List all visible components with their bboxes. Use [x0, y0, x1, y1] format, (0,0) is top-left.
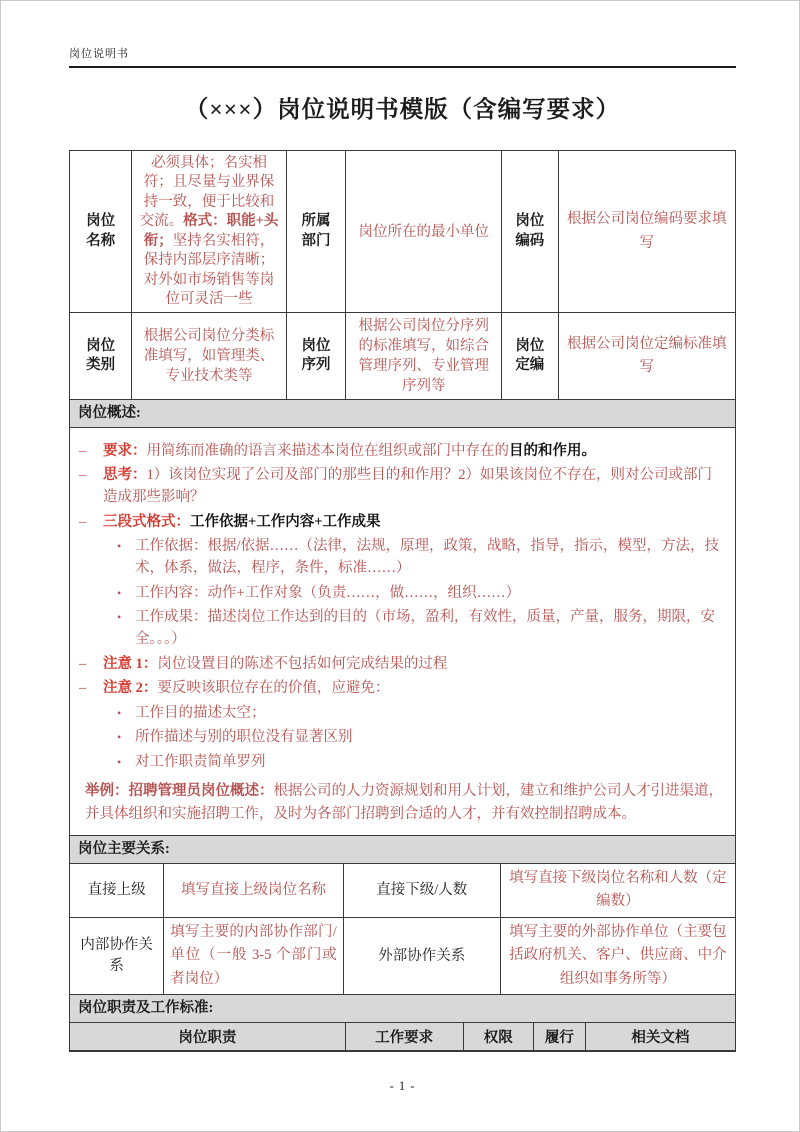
section-header-relations: 岗位主要关系:: [70, 836, 735, 864]
table-row: 岗位职责 工作要求 权限 履行 相关文档: [70, 1023, 735, 1051]
list-item-text: 所作描述与别的职位没有显著区别: [135, 726, 725, 748]
list-item-text: 对工作职责简单罗列: [135, 751, 725, 773]
list-marker: •: [117, 751, 135, 773]
header-rule: [69, 66, 736, 68]
page-title: （×××）岗位说明书模版（含编写要求）: [69, 90, 736, 124]
overview-list-item: – 要求：用简练而准确的语言来描述本岗位在组织或部门中存在的目的和作用。: [77, 440, 725, 462]
position-info-table: 岗位 名称 必须具体；名实相符；且尽量与业界保持一致，便于比较和交流。格式：职能…: [70, 151, 735, 400]
column-header-performance: 履行: [534, 1023, 586, 1051]
list-marker: –: [77, 653, 103, 675]
table-row: 岗位 名称 必须具体；名实相符；且尽量与业界保持一致，便于比较和交流。格式：职能…: [70, 151, 735, 313]
field-label-position-sequence: 岗位 序列: [286, 313, 346, 400]
overview-list-item: – 注意 1：岗位设置目的陈述不包括如何完成结果的过程: [77, 653, 725, 675]
text-segment: 用简练而准确的语言来描述本岗位在组织或部门中存在的: [147, 443, 510, 459]
overview-list: – 要求：用简练而准确的语言来描述本岗位在组织或部门中存在的目的和作用。 – 思…: [77, 440, 725, 773]
overview-list-item: • 工作依据：根据/依据……（法律，法规，原理，政策，战略，指导，指示，模型，方…: [117, 535, 725, 579]
list-marker: •: [117, 535, 135, 579]
field-label-position-category: 岗位 类别: [70, 313, 132, 400]
section-header-duties-label: 岗位职责及工作标准:: [78, 1000, 213, 1016]
document-page: 岗位说明书 （×××）岗位说明书模版（含编写要求） 岗位 名称 必须具体；名实相…: [0, 0, 800, 1132]
column-header-duties: 岗位职责: [70, 1023, 345, 1051]
list-marker: –: [77, 440, 103, 462]
field-label-direct-subordinates: 直接下级/人数: [343, 864, 500, 917]
running-header-label: 岗位说明书: [69, 48, 129, 60]
text-segment: 岗位设置目的陈述不包括如何完成结果的过程: [157, 656, 447, 672]
list-item-text: 工作依据：根据/依据……（法律，法规，原理，政策，战略，指导，指示，模型，方法，…: [135, 535, 725, 579]
overview-content: – 要求：用简练而准确的语言来描述本岗位在组织或部门中存在的目的和作用。 – 思…: [70, 428, 735, 836]
text-segment: 工作成果：描述岗位工作达到的目的（市场，盈利，有效性，质量，产量，服务，期限，安…: [135, 609, 715, 647]
overview-list-item: • 工作成果：描述岗位工作达到的目的（市场，盈利，有效性，质量，产量，服务，期限…: [117, 606, 725, 650]
field-label-position-code: 岗位 编码: [502, 151, 559, 313]
page-number: - 1 -: [69, 1079, 736, 1094]
text-segment: 举例：招聘管理员岗位概述：: [85, 783, 274, 799]
section-header-relations-label: 岗位主要关系:: [78, 841, 170, 857]
section-header-duties: 岗位职责及工作标准:: [70, 995, 735, 1023]
text-segment: 要求：: [103, 443, 147, 459]
overview-list-item: – 三段式格式：工作依据+工作内容+工作成果: [77, 511, 725, 533]
column-header-work-requirements: 工作要求: [345, 1023, 463, 1051]
field-label-direct-superior: 直接上级: [70, 864, 164, 917]
example-paragraph: 举例：招聘管理员岗位概述：根据公司的人力资源规划和用人计划，建立和维护公司人才引…: [85, 780, 723, 827]
field-note-internal-collaboration: 填写主要的内部协作部门/单位（一般 3-5 个部门或者岗位）: [164, 917, 344, 994]
list-marker: •: [117, 582, 135, 604]
section-header-overview: 岗位概述:: [70, 400, 735, 428]
field-note-external-collaboration: 填写主要的外部协作单位（主要包括政府机关、客户、供应商、中介组织如事务所等）: [500, 917, 735, 994]
duties-header-table: 岗位职责 工作要求 权限 履行 相关文档: [70, 1023, 735, 1051]
list-item-text: 注意 2：要反映该职位存在的价值，应避免：: [103, 677, 725, 699]
list-item-text: 工作成果：描述岗位工作达到的目的（市场，盈利，有效性，质量，产量，服务，期限，安…: [135, 606, 725, 650]
list-marker: –: [77, 464, 103, 508]
relations-table: 直接上级 填写直接上级岗位名称 直接下级/人数 填写直接下级岗位名称和人数（定编…: [70, 864, 735, 995]
overview-list-item: • 对工作职责简单罗列: [117, 751, 725, 773]
list-item-text: 工作目的描述太空；: [135, 702, 725, 724]
list-marker: –: [77, 677, 103, 699]
field-note-position-code: 根据公司岗位编码要求填写: [558, 151, 735, 313]
list-item-text: 要求：用简练而准确的语言来描述本岗位在组织或部门中存在的目的和作用。: [103, 440, 725, 462]
overview-list-item: – 思考：1）该岗位实现了公司及部门的那些目的和作用？2）如果该岗位不存在，则对…: [77, 464, 725, 508]
field-label-external-collaboration: 外部协作关系: [343, 917, 500, 994]
field-label-position-headcount: 岗位 定编: [502, 313, 559, 400]
column-header-authority: 权限: [463, 1023, 533, 1051]
column-header-related-documents: 相关文档: [585, 1023, 735, 1051]
list-marker: •: [117, 606, 135, 650]
text-segment: 目的和作用。: [509, 443, 596, 459]
text-segment: 注意 1：: [103, 656, 157, 672]
list-item-text: 思考：1）该岗位实现了公司及部门的那些目的和作用？2）如果该岗位不存在，则对公司…: [103, 464, 725, 508]
field-label-position-name: 岗位 名称: [70, 151, 132, 313]
list-item-text: 工作内容：动作+工作对象（负责……，做……，组织……）: [135, 582, 725, 604]
overview-list-item: • 工作内容：动作+工作对象（负责……，做……，组织……）: [117, 582, 725, 604]
field-note-direct-superior: 填写直接上级岗位名称: [164, 864, 344, 917]
overview-list-item: • 工作目的描述太空；: [117, 702, 725, 724]
text-segment: 对工作职责简单罗列: [135, 754, 266, 770]
field-note-position-headcount: 根据公司岗位定编标准填写: [558, 313, 735, 400]
field-label-internal-collaboration: 内部协作关 系: [70, 917, 164, 994]
list-item-text: 注意 1：岗位设置目的陈述不包括如何完成结果的过程: [103, 653, 725, 675]
table-row: 内部协作关 系 填写主要的内部协作部门/单位（一般 3-5 个部门或者岗位） 外…: [70, 917, 735, 994]
field-note-position-name: 必须具体；名实相符；且尽量与业界保持一致，便于比较和交流。格式：职能+头衔；坚持…: [132, 151, 286, 313]
text-segment: 注意 2：: [103, 680, 157, 696]
table-row: 直接上级 填写直接上级岗位名称 直接下级/人数 填写直接下级岗位名称和人数（定编…: [70, 864, 735, 917]
text-segment: 工作依据：根据/依据……（法律，法规，原理，政策，战略，指导，指示，模型，方法，…: [135, 538, 719, 576]
list-marker: •: [117, 726, 135, 748]
field-note-position-sequence: 根据公司岗位分序列的标准填写，如综合管理序列、专业管理序列等: [346, 313, 502, 400]
list-item-text: 三段式格式：工作依据+工作内容+工作成果: [103, 511, 725, 533]
text-segment: 要反映该职位存在的价值，应避免：: [157, 680, 389, 696]
job-description-table: 岗位 名称 必须具体；名实相符；且尽量与业界保持一致，便于比较和交流。格式：职能…: [69, 150, 736, 1052]
document-content: 岗位说明书 （×××）岗位说明书模版（含编写要求） 岗位 名称 必须具体；名实相…: [69, 45, 736, 1094]
overview-list-item: • 所作描述与别的职位没有显著区别: [117, 726, 725, 748]
field-note-department: 岗位所在的最小单位: [346, 151, 502, 313]
text-segment: 所作描述与别的职位没有显著区别: [135, 729, 353, 745]
running-header: 岗位说明书: [69, 45, 736, 61]
overview-list-item: – 注意 2：要反映该职位存在的价值，应避免：: [77, 677, 725, 699]
section-header-overview-label: 岗位概述:: [78, 405, 141, 421]
text-segment: 三段式格式：: [103, 514, 190, 530]
list-marker: •: [117, 702, 135, 724]
list-marker: –: [77, 511, 103, 533]
text-segment: 工作内容：动作+工作对象（负责……，做……，组织……）: [135, 585, 520, 601]
text-segment: 工作目的描述太空；: [135, 705, 266, 721]
table-row: 岗位 类别 根据公司岗位分类标准填写，如管理类、专业技术类等 岗位 序列 根据公…: [70, 313, 735, 400]
text-segment: 思考：: [103, 467, 147, 483]
field-note-position-category: 根据公司岗位分类标准填写，如管理类、专业技术类等: [132, 313, 286, 400]
field-note-direct-subordinates: 填写直接下级岗位名称和人数（定编数）: [500, 864, 735, 917]
field-label-department: 所属 部门: [286, 151, 346, 313]
text-segment: 工作依据+工作内容+工作成果: [190, 514, 381, 530]
text-segment: 1）该岗位实现了公司及部门的那些目的和作用？2）如果该岗位不存在，则对公司或部门…: [103, 467, 712, 505]
